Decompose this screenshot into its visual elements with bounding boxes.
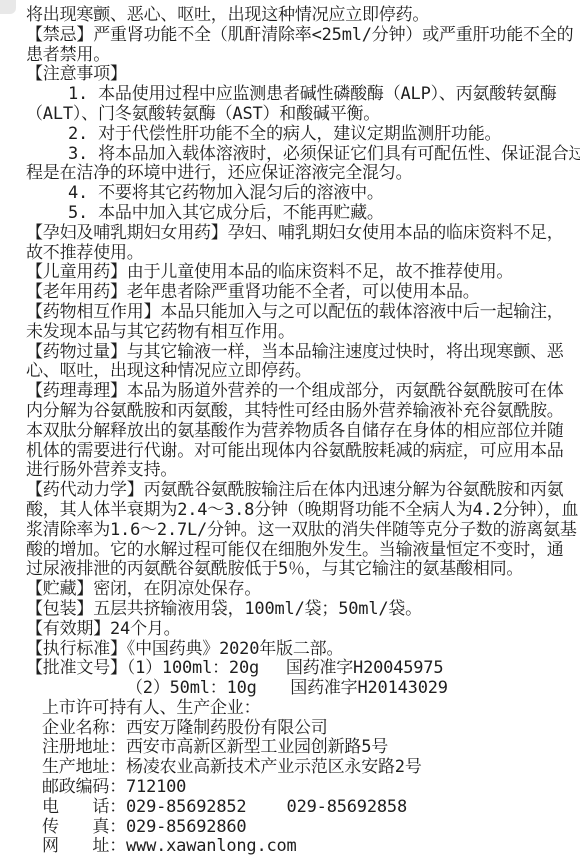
text-line: 过尿液排泄的丙氨酰谷氨酰胺低于5％，与其它输注的氨基酸相同。 — [26, 560, 574, 580]
text-line: 程是在洁净的环境中进行，还应保证溶液完全混匀。 — [26, 164, 574, 184]
text-line: 【老年用药】老年患者除严重肾功能不全者，可以使用本品。 — [26, 283, 574, 303]
text-line: 2. 对于代偿性肝功能不全的病人，建议定期监测肝功能。 — [26, 125, 574, 145]
text-line: 未发现本品与其它药物有相互作用。 — [26, 323, 574, 343]
text-line: 故不推荐使用。 — [26, 244, 574, 264]
text-line: 【药理毒理】本品为肠道外营养的一个组成部分，丙氨酰谷氨酰胺可在体 — [26, 382, 574, 402]
text-line: 【药物过量】与其它输液一样，当本品输注速度过快时，将出现寒颤、恶 — [26, 343, 574, 363]
text-line: 机体的需要进行代谢。对可能出现体内谷氨酰胺耗减的病症，可应用本品 — [26, 442, 574, 462]
text-line: 进行肠外营养支持。 — [26, 461, 574, 481]
text-line: 注册地址：西安市高新区新型工业园创新路5号 — [26, 738, 574, 758]
text-line: 【执行标准】《中国药典》2020年版二部。 — [26, 640, 574, 660]
text-line: 心、呕吐，出现这种情况应立即停药。 — [26, 362, 574, 382]
text-line: 电 话：029-85692852 029-85692858 — [26, 798, 574, 818]
text-line: 企业名称：西安万隆制药股份有限公司 — [26, 719, 574, 739]
drug-insert-document: 将出现寒颤、恶心、呕吐，出现这种情况应立即停药。【禁忌】严重肾功能不全（肌酐清除… — [0, 0, 580, 863]
text-line: 网 址：www.xawanlong.com — [26, 837, 574, 857]
text-line: 3. 将本品加入载体溶液时，必须保证它们具有可配伍性、保证混合过 — [26, 145, 574, 165]
text-line: 4. 不要将其它药物加入混匀后的溶液中。 — [26, 184, 574, 204]
text-line: 5. 本品中加入其它成分后，不能再贮藏。 — [26, 204, 574, 224]
text-line: 患者禁用。 — [26, 46, 574, 66]
text-line: 生产地址：杨凌农业高新技术产业示范区永安路2号 — [26, 758, 574, 778]
text-line: 将出现寒颤、恶心、呕吐，出现这种情况应立即停药。 — [26, 6, 574, 26]
text-line: （ALT）、门冬氨酸转氨酶（AST）和酸碱平衡。 — [26, 105, 574, 125]
text-line: 传 真：029-85692860 — [26, 818, 574, 838]
text-line: 酸，其人体半衰期为2.4～3.8分钟（晚期肾功能不全病人为4.2分钟），血 — [26, 501, 574, 521]
text-line: 【药物相互作用】本品只能加入与之可以配伍的载体溶液中后一起输注， — [26, 303, 574, 323]
text-line: 本双肽分解释放出的氨基酸作为营养物质各自储存在身体的相应部位并随 — [26, 422, 574, 442]
document-lines: 将出现寒颤、恶心、呕吐，出现这种情况应立即停药。【禁忌】严重肾功能不全（肌酐清除… — [26, 6, 574, 857]
text-line: 【药代动力学】丙氨酰谷氨酰胺输注后在体内迅速分解为谷氨酰胺和丙氨 — [26, 481, 574, 501]
text-line: （2）50ml：10g 国药准字H20143029 — [26, 679, 574, 699]
text-line: 【禁忌】严重肾功能不全（肌酐清除率<25ml/分钟）或严重肝功能不全的 — [26, 26, 574, 46]
text-line: 【注意事项】 — [26, 65, 574, 85]
text-line: 【有效期】24个月。 — [26, 620, 574, 640]
text-line: 内分解为谷氨酰胺和丙氨酸，其特性可经由肠外营养输液补充谷氨酰胺。 — [26, 402, 574, 422]
text-line: 【批准文号】（1）100ml：20g 国药准字H20045975 — [26, 659, 574, 679]
text-line: 【包装】五层共挤输液用袋，100ml/袋；50ml/袋。 — [26, 600, 574, 620]
text-line: 1. 本品使用过程中应监测患者碱性磷酸酶（ALP）、丙氨酸转氨酶 — [26, 85, 574, 105]
text-line: 【贮藏】密闭，在阴凉处保存。 — [26, 580, 574, 600]
text-line: 邮政编码：712100 — [26, 778, 574, 798]
text-line: 浆清除率为1.6～2.7L/分钟。这一双肽的消失伴随等克分子数的游离氨基 — [26, 521, 574, 541]
text-line: 酸的增加。它的水解过程可能仅在细胞外发生。当输液量恒定不变时，通 — [26, 541, 574, 561]
text-line: 【孕妇及哺乳期妇女用药】孕妇、哺乳期妇女使用本品的临床资料不足， — [26, 224, 574, 244]
text-line: 【儿童用药】由于儿童使用本品的临床资料不足，故不推荐使用。 — [26, 263, 574, 283]
text-line: 上市许可持有人、生产企业： — [26, 699, 574, 719]
